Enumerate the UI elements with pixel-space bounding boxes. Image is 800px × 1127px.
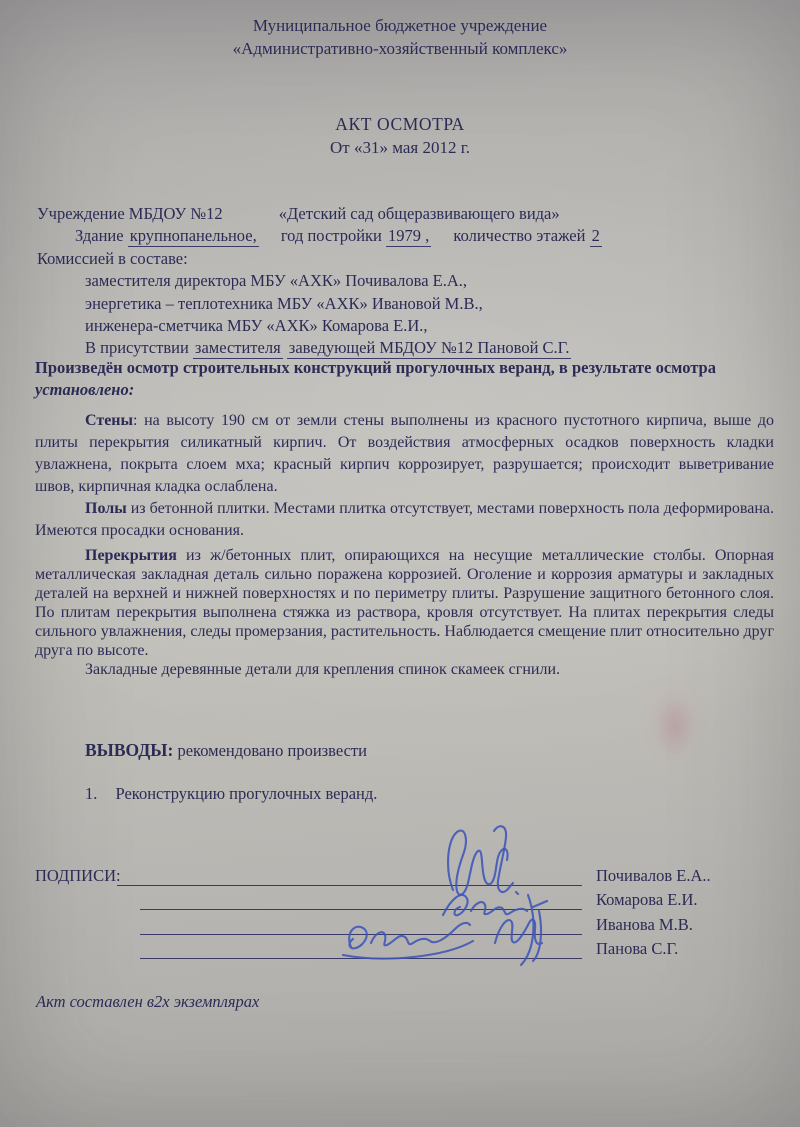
floors-label: количество этажей: [453, 226, 585, 245]
item-number: 1.: [85, 784, 97, 803]
statement-block: Произведён осмотр строительных конструкц…: [35, 357, 776, 401]
floors-label: Полы: [85, 500, 127, 517]
commission-member: инженера-сметчика МБУ «АХК» Комарова Е.И…: [37, 315, 774, 337]
floors-paragraph: Полы из бетонной плитки. Местами плитка …: [35, 498, 774, 542]
org-header: Муниципальное бюджетное учреждение «Адми…: [0, 14, 800, 60]
building-type-value: крупнопанельное,: [128, 226, 259, 247]
conclusions-label: ВЫВОДЫ:: [85, 740, 173, 760]
commission-intro: Комиссией в составе:: [37, 248, 774, 270]
building-line: Здание крупнопанельное, год постройки 19…: [37, 225, 774, 247]
handwritten-signatures: [295, 815, 595, 975]
conclusions-item: 1. Реконструкцию прогулочных веранд.: [85, 784, 377, 804]
copies-note: Акт составлен в2х экземплярах: [36, 992, 259, 1012]
institution-line: Учреждение МБДОУ №12 «Детский сад общера…: [37, 203, 774, 225]
conclusions-intro: рекомендовано произвести: [177, 741, 367, 760]
walls-paragraph: Стены: на высоту 190 см от земли стены в…: [35, 410, 774, 498]
building-label: Здание: [75, 226, 124, 245]
institution-label: Учреждение МБДОУ №12: [37, 204, 223, 223]
signer-name: Почивалов Е.А..: [582, 866, 772, 886]
scanned-document-page: Муниципальное бюджетное учреждение «Адми…: [0, 0, 800, 1127]
item-text: Реконструкцию прогулочных веранд.: [116, 784, 378, 803]
signature-stroke-tail: [521, 895, 533, 965]
signature-stroke-ivanova: [495, 911, 542, 961]
signer-name: Комарова Е.И.: [582, 890, 772, 910]
floors-value: 2: [590, 226, 602, 247]
statement-line1: Произведён осмотр строительных конструкц…: [35, 357, 776, 379]
embedded-note-paragraph: Закладные деревянные детали для креплени…: [35, 660, 774, 679]
signer-name: Иванова М.В.: [582, 915, 772, 935]
commission-member: энергетика – теплотехника МБУ «АХК» Иван…: [37, 293, 774, 315]
ceilings-paragraph: Перекрытия из ж/бетонных плит, опирающих…: [35, 546, 774, 660]
info-block: Учреждение МБДОУ №12 «Детский сад общера…: [37, 203, 774, 360]
document-title: АКТ ОСМОТРА: [0, 112, 800, 136]
year-value: 1979 ,: [386, 226, 431, 247]
signatures-label: ПОДПИСИ:: [35, 866, 117, 886]
org-name-line1: Муниципальное бюджетное учреждение: [0, 14, 800, 37]
walls-label: Стены: [85, 412, 133, 429]
commission-member: заместителя директора МБУ «АХК» Почивало…: [37, 270, 774, 292]
floors-text: из бетонной плитки. Местами плитка отсут…: [35, 500, 774, 539]
walls-text: : на высоту 190 см от земли стены выполн…: [35, 412, 774, 495]
signer-name: Панова С.Г.: [582, 939, 772, 959]
ceilings-label: Перекрытия: [85, 547, 177, 564]
institution-value: «Детский сад общеразвивающего вида»: [279, 204, 560, 223]
findings-block: Стены: на высоту 190 см от земли стены в…: [35, 410, 774, 679]
conclusions-heading: ВЫВОДЫ: рекомендовано произвести: [85, 740, 367, 761]
org-name-line2: «Административно-хозяйственный комплекс»: [0, 37, 800, 60]
statement-line2: установлено:: [35, 379, 776, 401]
title-block: АКТ ОСМОТРА От «31» мая 2012 г.: [0, 112, 800, 159]
signature-stroke-panova: [349, 923, 470, 948]
year-label: год постройки: [281, 226, 382, 245]
document-date: От «31» мая 2012 г.: [0, 136, 800, 159]
presence-prefix: В присутствии: [85, 338, 189, 357]
